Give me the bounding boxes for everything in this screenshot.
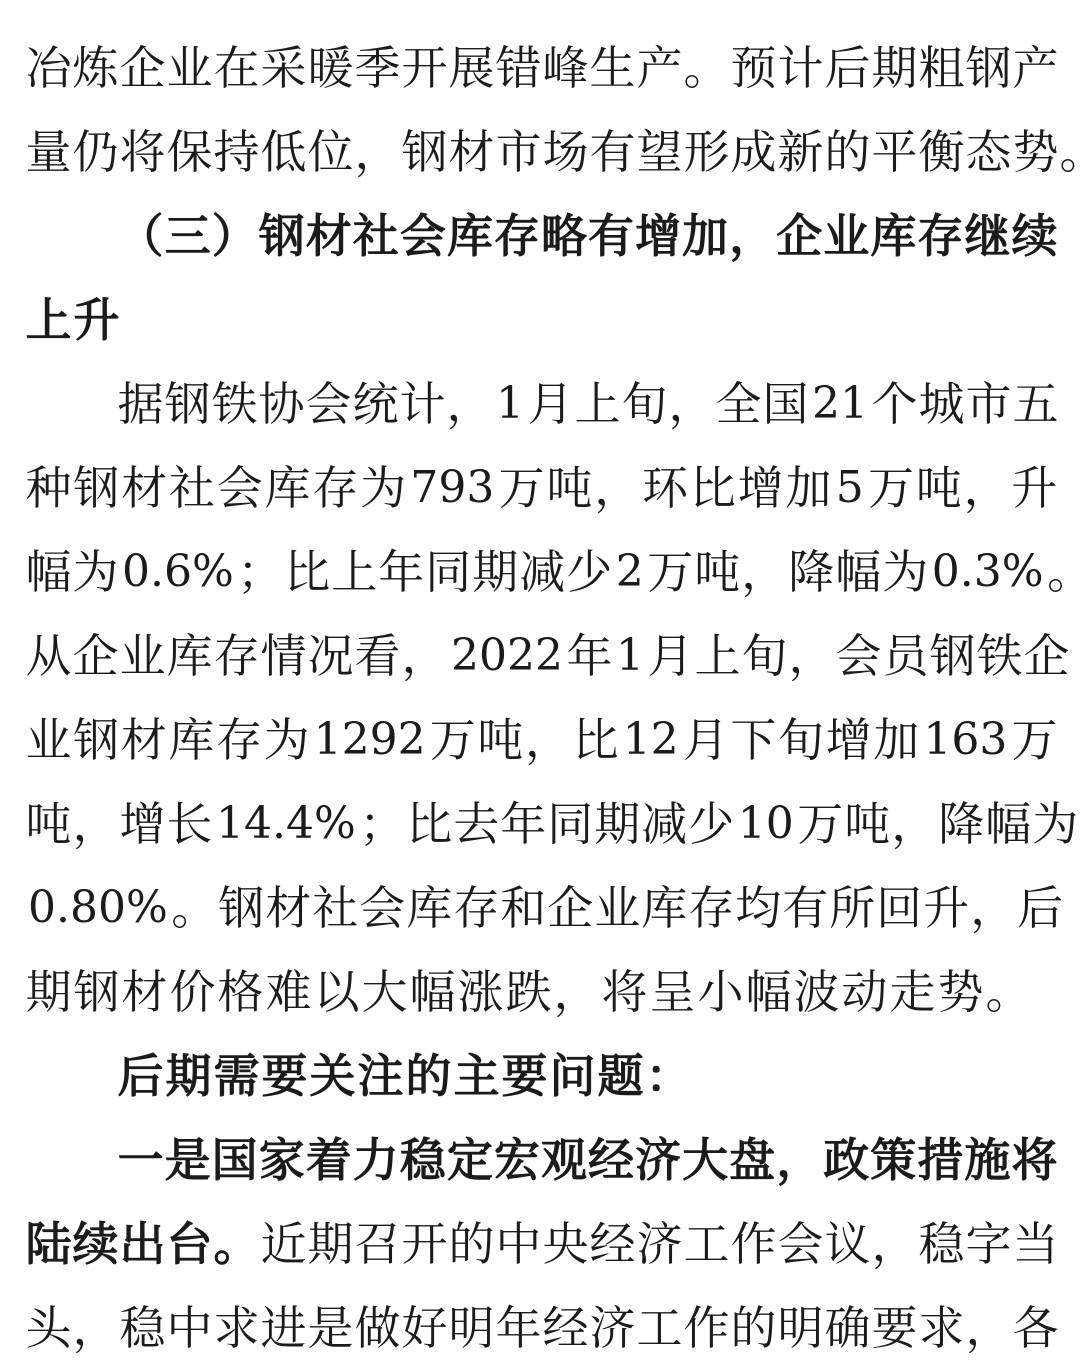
cjk-character: 错 bbox=[495, 45, 542, 91]
cjk-character: 存 bbox=[917, 213, 964, 259]
cjk-character: 确 bbox=[824, 1305, 871, 1351]
cjk-character: 会 bbox=[777, 1221, 824, 1267]
cjk-character: 采 bbox=[260, 45, 307, 91]
cjk-character: 季 bbox=[354, 45, 401, 91]
cjk-character: 业 bbox=[166, 45, 213, 91]
cjk-character: 力 bbox=[352, 1137, 399, 1183]
cjk-character: 钢 bbox=[73, 969, 120, 1015]
cjk-character: 库 bbox=[168, 717, 215, 763]
cjk-character: 期 bbox=[307, 1221, 354, 1267]
cjk-character: 万 bbox=[429, 717, 476, 763]
cjk-character: 格 bbox=[217, 969, 264, 1015]
cjk-character: 升 bbox=[923, 885, 970, 931]
cjk-character: 。 bbox=[985, 969, 1032, 1015]
cjk-character: 的 bbox=[448, 1221, 495, 1267]
cjk-character: 计 bbox=[399, 381, 446, 427]
cjk-character: 企 bbox=[119, 45, 166, 91]
cjk-character: 增 bbox=[737, 465, 784, 511]
cjk-character: 个 bbox=[871, 381, 918, 427]
cjk-character: 期 bbox=[594, 801, 641, 847]
cjk-character: 低 bbox=[260, 129, 307, 175]
cjk-character: 在 bbox=[213, 45, 260, 91]
cjk-character: 从 bbox=[25, 633, 72, 679]
cjk-character: 陆 bbox=[25, 1221, 72, 1267]
cjk-character: 钢 bbox=[258, 213, 305, 259]
cjk-character: 济 bbox=[589, 1305, 636, 1351]
cjk-character: 幅 bbox=[835, 549, 882, 595]
cjk-character: 吨 bbox=[477, 717, 524, 763]
cjk-character: 钢 bbox=[929, 633, 976, 679]
cjk-character: 要 bbox=[261, 1053, 308, 1099]
cjk-character: 需 bbox=[213, 1053, 260, 1099]
text-line: 吨，增长14.4%；比去年同期减少10万吨，降幅为 bbox=[25, 782, 1058, 866]
cjk-character: 预 bbox=[730, 45, 777, 91]
cjk-character: 吨 bbox=[694, 549, 741, 595]
cjk-character: 好 bbox=[401, 1305, 448, 1351]
cjk-character: 的 bbox=[824, 129, 871, 175]
cjk-character: 存 bbox=[312, 465, 359, 511]
text-line: 种钢材社会库存为793万吨，环比增加5万吨，升 bbox=[25, 446, 1058, 530]
cjk-character: 中 bbox=[166, 1305, 213, 1351]
cjk-character: 减 bbox=[519, 549, 566, 595]
cjk-character: 头 bbox=[25, 1305, 72, 1351]
cjk-character: 施 bbox=[964, 1137, 1011, 1183]
cjk-character: ， bbox=[524, 717, 571, 763]
text-line: 一是国家着力稳定宏观经济大盘，政策措施将 bbox=[25, 1118, 1058, 1202]
cjk-character: 稳 bbox=[918, 1221, 965, 1267]
cjk-character: 业 bbox=[594, 885, 641, 931]
text-line: 陆续出台。近期召开的中央经济工作会议，稳字当 bbox=[25, 1202, 1058, 1286]
cjk-character: 期 bbox=[871, 45, 918, 91]
cjk-character: 比 bbox=[689, 465, 736, 511]
cjk-character: 统 bbox=[352, 381, 399, 427]
cjk-character: 冶 bbox=[25, 45, 72, 91]
cjk-character: 增 bbox=[635, 213, 682, 259]
numeric-token: 0.3% bbox=[929, 550, 1047, 594]
cjk-character: 稳 bbox=[399, 1137, 446, 1183]
cjk-character: 期 bbox=[472, 549, 519, 595]
cjk-character: 上 bbox=[25, 297, 72, 343]
cjk-character: 经 bbox=[589, 1221, 636, 1267]
cjk-character: 会 bbox=[399, 213, 446, 259]
cjk-character: 的 bbox=[730, 1305, 777, 1351]
cjk-character: 。 bbox=[1059, 129, 1080, 175]
cjk-character: ， bbox=[871, 1221, 918, 1267]
cjk-character: 材 bbox=[120, 717, 167, 763]
cjk-character: 济 bbox=[636, 1221, 683, 1267]
cjk-character: 央 bbox=[542, 1221, 589, 1267]
cjk-character: 开 bbox=[401, 45, 448, 91]
cjk-character: 产 bbox=[1012, 45, 1059, 91]
cjk-character: 衡 bbox=[918, 129, 965, 175]
cjk-character: 增 bbox=[119, 801, 166, 847]
numeric-token: 0.6% bbox=[119, 550, 237, 594]
cjk-character: 国 bbox=[762, 381, 809, 427]
cjk-character: 继 bbox=[964, 213, 1011, 259]
cjk-character: 存 bbox=[213, 633, 260, 679]
cjk-character: 据 bbox=[117, 381, 164, 427]
cjk-character: 钢 bbox=[164, 381, 211, 427]
cjk-character: 中 bbox=[495, 1221, 542, 1267]
cjk-character: 出 bbox=[119, 1221, 166, 1267]
cjk-character: 字 bbox=[965, 1221, 1012, 1267]
cjk-character: 环 bbox=[642, 465, 689, 511]
cjk-character: 工 bbox=[636, 1305, 683, 1351]
cjk-character: 万 bbox=[498, 465, 545, 511]
cjk-character: 势 bbox=[1012, 129, 1059, 175]
cjk-character: 新 bbox=[777, 129, 824, 175]
cjk-character: 后 bbox=[117, 1053, 164, 1099]
cjk-character: 工 bbox=[683, 1221, 730, 1267]
cjk-character: 有 bbox=[782, 885, 829, 931]
cjk-character: 峰 bbox=[542, 45, 589, 91]
cjk-character: 库 bbox=[870, 213, 917, 259]
text-line: 冶炼企业在采暖季开展错峰生产。预计后期粗钢产 bbox=[25, 26, 1058, 110]
cjk-character: 幅 bbox=[985, 801, 1032, 847]
cjk-character: 大 bbox=[682, 1137, 729, 1183]
cjk-character: ， bbox=[970, 885, 1017, 931]
cjk-character: 库 bbox=[166, 633, 213, 679]
cjk-character: 年 bbox=[495, 1305, 542, 1351]
cjk-character: 将 bbox=[601, 969, 648, 1015]
cjk-character: 幅 bbox=[409, 969, 456, 1015]
cjk-character: 。 bbox=[683, 45, 730, 91]
cjk-character: ） bbox=[211, 213, 258, 259]
cjk-character: 比 bbox=[406, 801, 453, 847]
text-line: 后期需要关注的主要问题： bbox=[25, 1034, 1058, 1118]
cjk-character: 存 bbox=[453, 885, 500, 931]
cjk-character: 议 bbox=[824, 1221, 871, 1267]
cjk-character: 库 bbox=[446, 213, 493, 259]
cjk-character: 库 bbox=[641, 885, 688, 931]
cjk-character: 加 bbox=[873, 717, 920, 763]
cjk-character: 政 bbox=[823, 1137, 870, 1183]
cjk-character: ， bbox=[594, 465, 641, 511]
cjk-character: 会 bbox=[359, 885, 406, 931]
cjk-character: 为 bbox=[72, 549, 119, 595]
cjk-character: ， bbox=[401, 633, 448, 679]
cjk-character: 为 bbox=[1032, 801, 1079, 847]
cjk-character: 济 bbox=[635, 1137, 682, 1183]
cjk-character: 所 bbox=[829, 885, 876, 931]
cjk-character: 做 bbox=[354, 1305, 401, 1351]
cjk-character: 仍 bbox=[72, 129, 119, 175]
cjk-character: 明 bbox=[777, 1305, 824, 1351]
numeric-token: 21 bbox=[809, 382, 871, 426]
cjk-character: 存 bbox=[493, 213, 540, 259]
cjk-character: ， bbox=[891, 801, 938, 847]
cjk-character: ： bbox=[645, 1053, 692, 1099]
cjk-character: 少 bbox=[566, 549, 613, 595]
cjk-character: 材 bbox=[305, 213, 352, 259]
cjk-character: 吨 bbox=[546, 465, 593, 511]
cjk-character: （ bbox=[117, 213, 164, 259]
cjk-character: 题 bbox=[597, 1053, 644, 1099]
cjk-character: 计 bbox=[777, 45, 824, 91]
cjk-character: ， bbox=[668, 381, 715, 427]
cjk-character: 业 bbox=[25, 717, 72, 763]
cjk-character: 是 bbox=[164, 1137, 211, 1183]
text-line: 量仍将保持低位，钢材市场有望形成新的平衡态势。 bbox=[25, 110, 1058, 194]
cjk-character: 场 bbox=[542, 129, 589, 175]
cjk-character: 稳 bbox=[119, 1305, 166, 1351]
cjk-character: 关 bbox=[309, 1053, 356, 1099]
cjk-character: 企 bbox=[1023, 633, 1070, 679]
numeric-token: 1292 bbox=[311, 718, 429, 762]
cjk-character: 少 bbox=[688, 801, 735, 847]
cjk-character: 下 bbox=[730, 717, 777, 763]
cjk-character: 国 bbox=[211, 1137, 258, 1183]
cjk-character: 材 bbox=[121, 969, 168, 1015]
cjk-character: 成 bbox=[730, 129, 777, 175]
cjk-character: 一 bbox=[117, 1137, 164, 1183]
cjk-character: ， bbox=[354, 129, 401, 175]
cjk-character: 。 bbox=[213, 1221, 260, 1267]
cjk-character: 社 bbox=[168, 465, 215, 511]
cjk-character: 均 bbox=[735, 885, 782, 931]
cjk-character: 年 bbox=[500, 801, 547, 847]
cjk-character: 升 bbox=[73, 297, 120, 343]
cjk-character: 将 bbox=[1011, 1137, 1058, 1183]
cjk-character: 期 bbox=[165, 1053, 212, 1099]
cjk-character: 定 bbox=[446, 1137, 493, 1183]
cjk-character: 近 bbox=[260, 1221, 307, 1267]
cjk-character: 社 bbox=[352, 213, 399, 259]
cjk-character: 看 bbox=[354, 633, 401, 679]
text-line: 从企业库存情况看，2022年1月上旬，会员钢铁企 bbox=[25, 614, 1058, 698]
cjk-character: 求 bbox=[213, 1305, 260, 1351]
cjk-character: 产 bbox=[636, 45, 683, 91]
cjk-character: 价 bbox=[169, 969, 216, 1015]
cjk-character: 市 bbox=[965, 381, 1012, 427]
numeric-token: 0.80% bbox=[25, 886, 171, 930]
numeric-token: 1 bbox=[493, 382, 527, 426]
cjk-character: 策 bbox=[870, 1137, 917, 1183]
cjk-character: 加 bbox=[682, 213, 729, 259]
cjk-character: 呈 bbox=[649, 969, 696, 1015]
cjk-character: 钢 bbox=[73, 717, 120, 763]
cjk-character: 员 bbox=[882, 633, 929, 679]
cjk-character: 位 bbox=[307, 129, 354, 175]
cjk-character: 旬 bbox=[741, 633, 788, 679]
cjk-character: 月 bbox=[527, 381, 574, 427]
text-line: （三）钢材社会库存略有增加，企业库存继续 bbox=[25, 194, 1058, 278]
cjk-character: 三 bbox=[164, 213, 211, 259]
cjk-character: 炼 bbox=[72, 45, 119, 91]
cjk-character: 种 bbox=[25, 465, 72, 511]
cjk-character: 平 bbox=[871, 129, 918, 175]
cjk-character: 措 bbox=[917, 1137, 964, 1183]
cjk-character: 企 bbox=[72, 633, 119, 679]
cjk-character: 材 bbox=[121, 465, 168, 511]
cjk-character: 大 bbox=[361, 969, 408, 1015]
cjk-character: 为 bbox=[263, 717, 310, 763]
cjk-character: 情 bbox=[260, 633, 307, 679]
cjk-character: 暖 bbox=[307, 45, 354, 91]
cjk-character: 生 bbox=[589, 45, 636, 91]
cjk-character: 量 bbox=[25, 129, 72, 175]
cjk-character: 万 bbox=[647, 549, 694, 595]
document-page: 冶炼企业在采暖季开展错峰生产。预计后期粗钢产量仍将保持低位，钢材市场有望形成新的… bbox=[0, 0, 1080, 1368]
cjk-character: 续 bbox=[1011, 213, 1058, 259]
cjk-character: 减 bbox=[641, 801, 688, 847]
cjk-character: 幅 bbox=[745, 969, 792, 1015]
cjk-character: 要 bbox=[871, 1305, 918, 1351]
cjk-character: 小 bbox=[697, 969, 744, 1015]
cjk-character: ， bbox=[776, 1137, 823, 1183]
cjk-character: 年 bbox=[378, 549, 425, 595]
cjk-character: 钢 bbox=[218, 885, 265, 931]
cjk-character: 。 bbox=[171, 885, 218, 931]
cjk-character: ， bbox=[788, 633, 835, 679]
cjk-character: 吨 bbox=[915, 465, 962, 511]
cjk-character: 的 bbox=[405, 1053, 452, 1099]
cjk-character: 万 bbox=[868, 465, 915, 511]
cjk-character: 有 bbox=[589, 129, 636, 175]
numeric-token: 793 bbox=[407, 466, 497, 510]
numeric-token: 10 bbox=[735, 802, 797, 846]
cjk-character: 和 bbox=[500, 885, 547, 931]
cjk-character: 经 bbox=[542, 1305, 589, 1351]
cjk-character: 比 bbox=[284, 549, 331, 595]
text-line: 上升 bbox=[25, 278, 1058, 362]
cjk-character: 着 bbox=[305, 1137, 352, 1183]
cjk-character: 全 bbox=[715, 381, 762, 427]
cjk-character: 求 bbox=[918, 1305, 965, 1351]
cjk-character: 后 bbox=[1017, 885, 1064, 931]
cjk-character: 上 bbox=[694, 633, 741, 679]
numeric-token: 12 bbox=[620, 718, 682, 762]
cjk-character: 加 bbox=[785, 465, 832, 511]
cjk-character: ， bbox=[72, 801, 119, 847]
cjk-character: 续 bbox=[72, 1221, 119, 1267]
cjk-character: 幅 bbox=[25, 549, 72, 595]
cjk-character: 问 bbox=[549, 1053, 596, 1099]
text-line: 幅为0.6%；比上年同期减少2万吨，降幅为0.3%。 bbox=[25, 530, 1058, 614]
cjk-character: 会 bbox=[216, 465, 263, 511]
cjk-character: 后 bbox=[824, 45, 871, 91]
cjk-character: ， bbox=[446, 381, 493, 427]
numeric-token: 2022 bbox=[448, 634, 566, 678]
cjk-character: 企 bbox=[776, 213, 823, 259]
cjk-character: 进 bbox=[260, 1305, 307, 1351]
cjk-character: ； bbox=[359, 801, 406, 847]
cjk-character: 将 bbox=[119, 129, 166, 175]
cjk-character: 观 bbox=[540, 1137, 587, 1183]
cjk-character: 持 bbox=[213, 129, 260, 175]
cjk-character: 五 bbox=[1012, 381, 1059, 427]
cjk-character: 市 bbox=[495, 129, 542, 175]
cjk-character: 万 bbox=[797, 801, 844, 847]
cjk-character: 旬 bbox=[778, 717, 825, 763]
cjk-character: 年 bbox=[566, 633, 613, 679]
cjk-character: 月 bbox=[682, 717, 729, 763]
cjk-character: 注 bbox=[357, 1053, 404, 1099]
cjk-character: 。 bbox=[1047, 549, 1080, 595]
cjk-character: 同 bbox=[547, 801, 594, 847]
cjk-character: ， bbox=[72, 1305, 119, 1351]
cjk-character: 主 bbox=[453, 1053, 500, 1099]
cjk-character: 召 bbox=[354, 1221, 401, 1267]
cjk-character: 粗 bbox=[918, 45, 965, 91]
cjk-character: 企 bbox=[547, 885, 594, 931]
cjk-character: 钢 bbox=[73, 465, 120, 511]
cjk-character: 难 bbox=[265, 969, 312, 1015]
cjk-character: 去 bbox=[453, 801, 500, 847]
cjk-character: ， bbox=[729, 213, 776, 259]
cjk-character: 城 bbox=[918, 381, 965, 427]
cjk-character: 明 bbox=[448, 1305, 495, 1351]
cjk-character: 保 bbox=[166, 129, 213, 175]
cjk-character: 波 bbox=[793, 969, 840, 1015]
cjk-character: ， bbox=[553, 969, 600, 1015]
cjk-character: 业 bbox=[119, 633, 166, 679]
numeric-token: 14.4% bbox=[213, 802, 359, 846]
cjk-character: 当 bbox=[1012, 1221, 1059, 1267]
numeric-token: 1 bbox=[613, 634, 647, 678]
cjk-character: 长 bbox=[166, 801, 213, 847]
cjk-character: 吨 bbox=[844, 801, 891, 847]
cjk-character: 态 bbox=[965, 129, 1012, 175]
cjk-character: 铁 bbox=[211, 381, 258, 427]
cjk-character: 台 bbox=[166, 1221, 213, 1267]
cjk-character: 开 bbox=[401, 1221, 448, 1267]
numeric-token: 163 bbox=[920, 718, 1010, 762]
cjk-character: 为 bbox=[882, 549, 929, 595]
cjk-character: 社 bbox=[312, 885, 359, 931]
cjk-character: ， bbox=[965, 1305, 1012, 1351]
cjk-character: 有 bbox=[588, 213, 635, 259]
cjk-character: 增 bbox=[825, 717, 872, 763]
cjk-character: 降 bbox=[938, 801, 985, 847]
cjk-character: ； bbox=[237, 549, 284, 595]
cjk-character: 存 bbox=[688, 885, 735, 931]
cjk-character: 上 bbox=[331, 549, 378, 595]
cjk-character: 略 bbox=[540, 213, 587, 259]
cjk-character: 会 bbox=[305, 381, 352, 427]
cjk-character: 作 bbox=[730, 1221, 777, 1267]
cjk-character: 涨 bbox=[457, 969, 504, 1015]
cjk-character: 要 bbox=[501, 1053, 548, 1099]
cjk-character: 为 bbox=[360, 465, 407, 511]
cjk-character: 宏 bbox=[493, 1137, 540, 1183]
cjk-character: 形 bbox=[683, 129, 730, 175]
cjk-character: 势 bbox=[937, 969, 984, 1015]
cjk-character: 库 bbox=[406, 885, 453, 931]
cjk-character: 跌 bbox=[505, 969, 552, 1015]
cjk-character: 存 bbox=[215, 717, 262, 763]
cjk-character: 旬 bbox=[621, 381, 668, 427]
cjk-character: ， bbox=[741, 549, 788, 595]
cjk-character: 况 bbox=[307, 633, 354, 679]
cjk-character: 钢 bbox=[965, 45, 1012, 91]
cjk-character: 同 bbox=[425, 549, 472, 595]
cjk-character: 望 bbox=[636, 129, 683, 175]
numeric-token: 2 bbox=[613, 550, 647, 594]
cjk-character: 家 bbox=[258, 1137, 305, 1183]
cjk-character: 业 bbox=[823, 213, 870, 259]
cjk-character: 回 bbox=[876, 885, 923, 931]
text-line: 0.80%。钢材社会库存和企业库存均有所回升，后 bbox=[25, 866, 1058, 950]
cjk-character: 材 bbox=[265, 885, 312, 931]
cjk-character: 降 bbox=[788, 549, 835, 595]
cjk-character: 库 bbox=[264, 465, 311, 511]
cjk-character: 协 bbox=[258, 381, 305, 427]
cjk-character: 上 bbox=[574, 381, 621, 427]
cjk-character: ， bbox=[963, 465, 1010, 511]
cjk-character: 比 bbox=[572, 717, 619, 763]
cjk-character: 万 bbox=[1011, 717, 1058, 763]
